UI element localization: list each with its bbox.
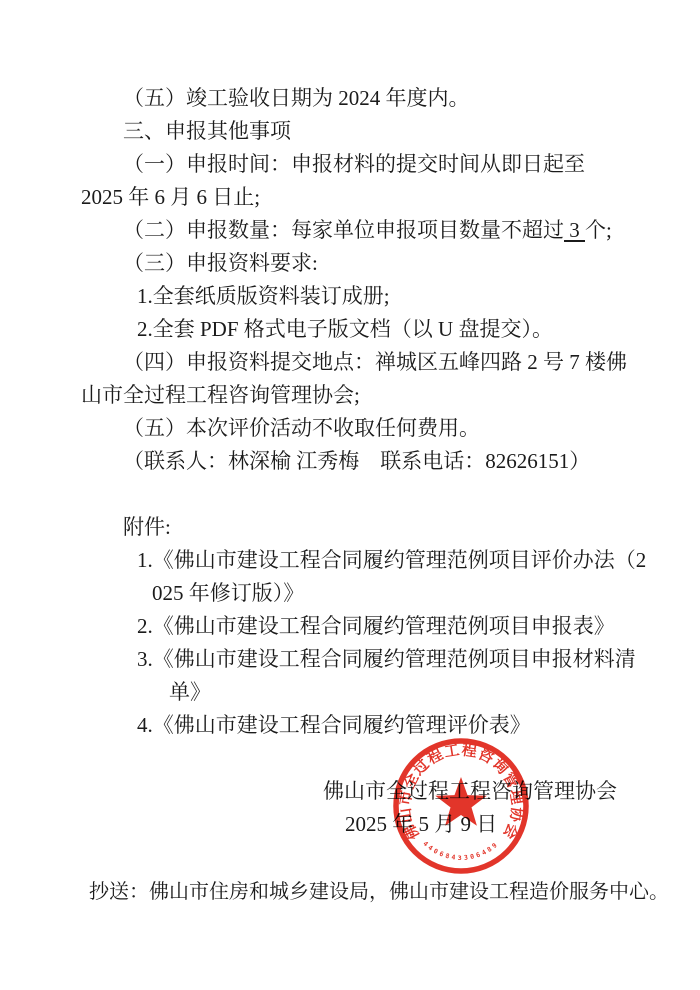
doc-line-apply-time-2: 2025 年 6 月 6 日止; [81, 181, 633, 214]
doc-line-material-requirements: （三）申报资料要求: [123, 247, 633, 280]
document-body: （五）竣工验收日期为 2024 年度内。三、申报其他事项（一）申报时间：申报材料… [81, 82, 633, 841]
doc-line-attachments-heading: 附件: [123, 511, 633, 544]
doc-line-attachment-1b: 025 年修订版）》 [152, 577, 633, 610]
official-seal-stamp: 佛山市全过程工程咨询管理协会 4406843306489 [386, 731, 536, 881]
doc-line-attachment-3b: 单》 [169, 676, 633, 709]
doc-line-submit-location-1: （四）申报资料提交地点：禅城区五峰四路 2 号 7 楼佛 [123, 346, 633, 379]
doc-line-requirement-2: 2.全套 PDF 格式电子版文档（以 U 盘提交）。 [137, 313, 633, 346]
seal-serial-number: 4406843306489 [421, 840, 500, 862]
doc-line-submit-location-2: 山市全过程工程咨询管理协会; [81, 379, 633, 412]
document-lines: （五）竣工验收日期为 2024 年度内。三、申报其他事项（一）申报时间：申报材料… [81, 82, 633, 841]
doc-line-no-fee: （五）本次评价活动不收取任何费用。 [123, 412, 633, 445]
doc-line-apply-time-1: （一）申报时间：申报材料的提交时间从即日起至 [123, 148, 633, 181]
doc-line-blank [81, 742, 633, 775]
doc-line-attachment-4: 4.《佛山市建设工程合同履约管理评价表》 [137, 709, 633, 742]
doc-line-apply-quantity: （二）申报数量：每家单位申报项目数量不超过 3 个; [123, 214, 633, 247]
doc-line-attachment-3a: 3.《佛山市建设工程合同履约管理范例项目申报材料清 [137, 643, 633, 676]
doc-line-blank [81, 478, 633, 511]
seal-star-icon [435, 777, 486, 826]
doc-line-section3-heading: 三、申报其他事项 [123, 115, 633, 148]
doc-line-requirement-1: 1.全套纸质版资料装订成册; [137, 280, 633, 313]
doc-line-completion-date: （五）竣工验收日期为 2024 年度内。 [123, 82, 633, 115]
doc-line-attachment-2: 2.《佛山市建设工程合同履约管理范例项目申报表》 [137, 610, 633, 643]
doc-line-attachment-1a: 1.《佛山市建设工程合同履约管理范例项目评价办法（2 [137, 544, 633, 577]
cc-line: 抄送：佛山市住房和城乡建设局，佛山市建设工程造价服务中心。 [89, 876, 669, 909]
doc-line-contacts: （联系人：林深榆 江秀梅 联系电话：82626151） [123, 445, 633, 478]
page: （五）竣工验收日期为 2024 年度内。三、申报其他事项（一）申报时间：申报材料… [0, 0, 700, 990]
